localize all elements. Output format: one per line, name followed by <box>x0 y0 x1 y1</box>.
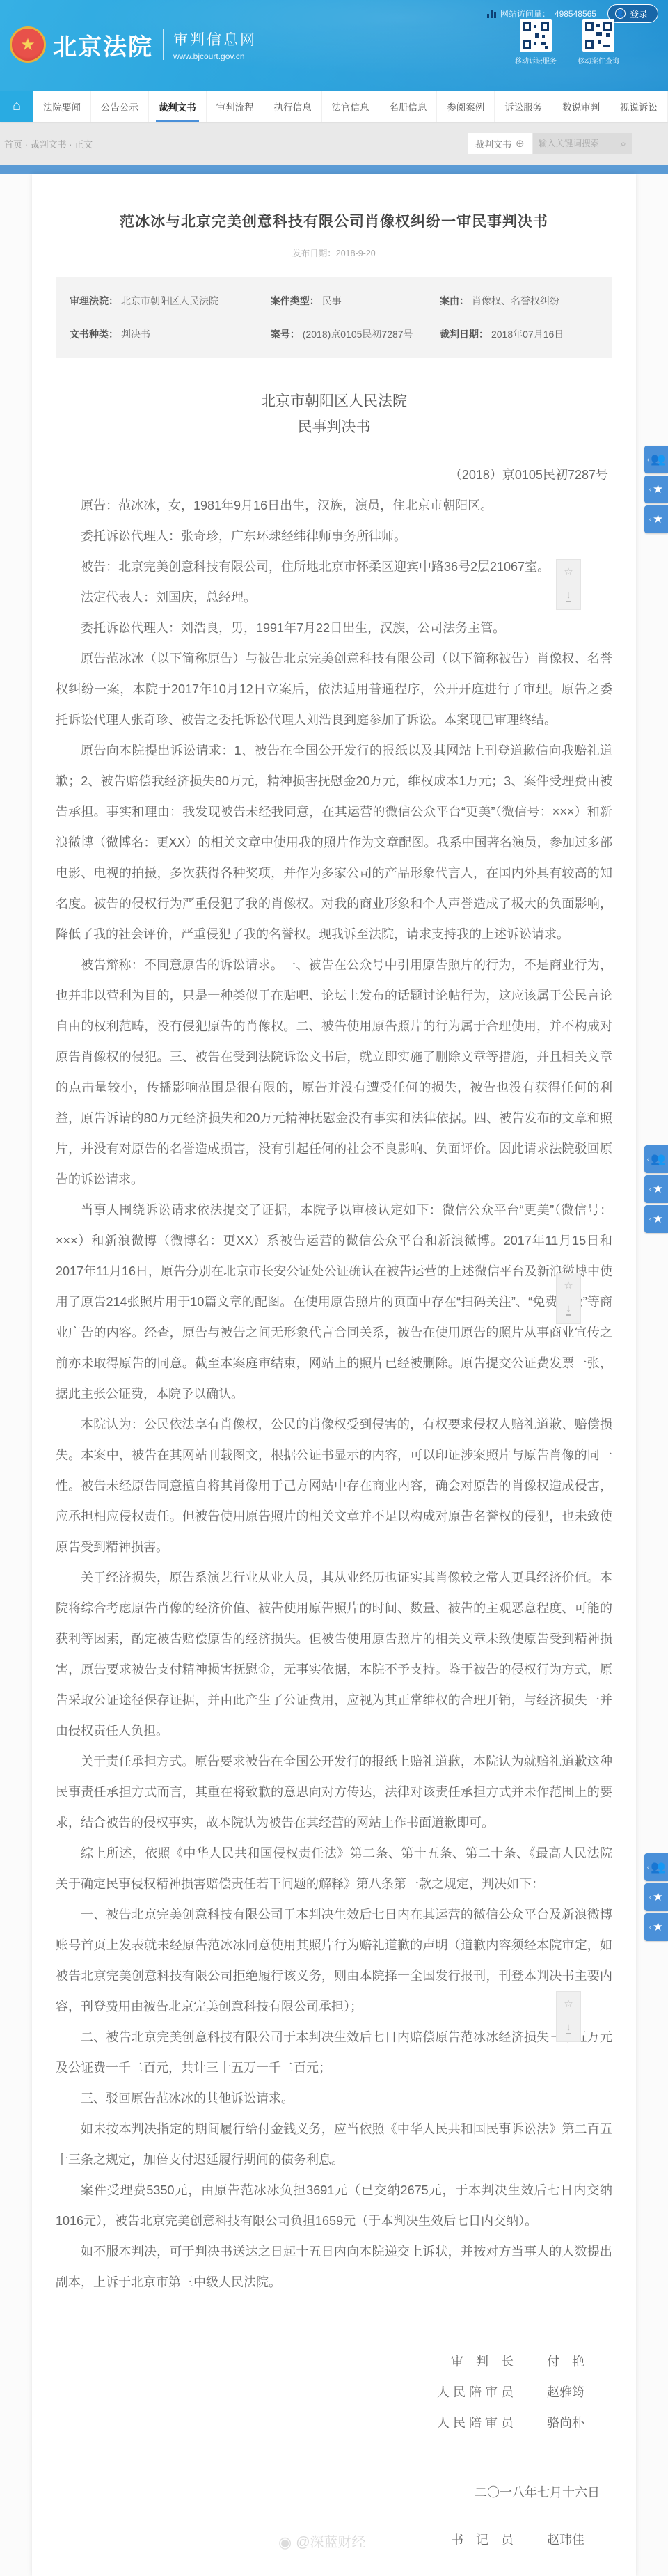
clerk-name: 赵玮佳 <box>547 2524 600 2555</box>
plus-circle-icon: ⊕ <box>516 137 525 150</box>
nav-item-video[interactable]: 视说诉讼 <box>610 91 668 122</box>
paragraph: 原告向本院提出诉讼请求：1、被告在全国公开发行的报纸以及其网站上刊登道歉信向我赔… <box>56 735 612 950</box>
collapse-chevron-icon: ‹ <box>647 1156 649 1163</box>
nav-item-judges[interactable]: 法官信息 <box>322 91 380 122</box>
search-input[interactable] <box>539 139 621 148</box>
nav-item-trial-data[interactable]: 数说审判 <box>552 91 610 122</box>
collapse-chevron-icon: ‹ <box>649 516 651 524</box>
nav-item-reference-cases[interactable]: 参阅案例 <box>437 91 495 122</box>
signature-block: 审 判 长付 艳 人 民 陪 审 员赵雅筠 人 民 陪 审 员骆尚朴 二〇一八年… <box>56 2346 612 2555</box>
paragraph: 如不服本判决，可于判决书送达之日起十五日内向本院递交上诉状，并按对方当事人的人数… <box>56 2236 612 2298</box>
collapse-chevron-icon: ‹ <box>647 1864 649 1871</box>
paragraph: 委托诉讼代理人：刘浩良，男，1991年7月22日出生，汉族，公司法务主管。 <box>56 613 612 643</box>
collapse-chevron-icon: ‹ <box>649 1216 651 1223</box>
paragraph: 一、被告北京完美创意科技有限公司于本判决生效后七日内在其运营的微信公众平台及新浪… <box>56 1899 612 2022</box>
favorite-button[interactable]: ‹★ <box>644 505 668 533</box>
juror-role: 人 民 陪 审 员 <box>437 2377 514 2408</box>
nav-item-news[interactable]: 法院要闻 <box>33 91 91 122</box>
juror-name: 赵雅筠 <box>547 2377 600 2408</box>
weibo-icon: ◉ <box>278 2527 292 2558</box>
download-icon[interactable]: ↓ <box>566 2022 571 2034</box>
site-visits: 网站访问量： 498548565 <box>487 8 596 19</box>
favorite-star-icon[interactable]: ☆ <box>564 567 573 577</box>
watermark: ◉ @深蓝财经 <box>278 2527 366 2558</box>
collapse-chevron-icon: ‹ <box>649 1894 651 1901</box>
breadcrumb: 首页 · 裁判文书 · 正文 <box>4 137 93 150</box>
collapse-chevron-icon: ‹ <box>649 1924 651 1931</box>
judgment-document: 范冰冰与北京完美创意科技有限公司肖像权纠纷一审民事判决书 发布日期：2018-9… <box>32 174 636 2576</box>
court-emblem-logo: ★ <box>10 26 46 63</box>
paragraph: 综上所述，依照《中华人民共和国侵权责任法》第二条、第十五条、第二十条、《最高人民… <box>56 1838 612 1899</box>
page-title: 范冰冰与北京完美创意科技有限公司肖像权纠纷一审民事判决书 <box>56 210 612 231</box>
mini-toolbar: ☆ ↓ <box>556 1991 581 2042</box>
paragraph: 关于经济损失，原告系演艺行业从业人员，其从业经历也证实其肖像较之常人更具经济价值… <box>56 1562 612 1746</box>
people-icon: 👥 <box>651 1152 665 1166</box>
judge-name: 付 艳 <box>547 2346 600 2377</box>
case-meta-table: 审理法院：北京市朝阳区人民法院 案件类型：民事 案由：肖像权、名誉权纠纷 文书种… <box>56 277 612 358</box>
paragraph: 委托诉讼代理人：张奇珍，广东环球经纬律师事务所律师。 <box>56 521 612 551</box>
star-icon: ★ <box>653 1890 663 1904</box>
favorite-button[interactable]: ‹★ <box>644 476 668 503</box>
login-label: 登录 <box>630 7 648 20</box>
qr-code-case-query <box>582 19 614 52</box>
brand-url: www.bjcourt.gov.cn <box>173 52 257 61</box>
watermark-text: @深蓝财经 <box>296 2527 365 2558</box>
breadcrumb-bar: 首页 · 裁判文书 · 正文 裁判文书 ⊕ ⌕ <box>0 122 668 165</box>
divider <box>163 29 164 60</box>
paragraph: 原告：范冰冰，女，1981年9月16日出生，汉族，演员，住北京市朝阳区。 <box>56 490 612 521</box>
juror-role: 人 民 陪 审 员 <box>437 2408 514 2438</box>
document-body: 北京市朝阳区人民法院 民事判决书 （2018）京0105民初7287号 原告：范… <box>56 390 612 2555</box>
favorite-button[interactable]: ‹★ <box>644 1913 668 1941</box>
star-icon: ★ <box>653 1920 663 1934</box>
paragraph: 被告辩称：不同意原告的诉讼请求。一、被告在公众号中引用原告照片的行为，不是商业行… <box>56 950 612 1195</box>
collapse-chevron-icon: ‹ <box>647 456 649 464</box>
clerk-role: 书 记 员 <box>451 2524 514 2555</box>
floating-toolbar: ‹👥 ‹★ ‹★ <box>644 446 668 533</box>
star-icon: ★ <box>653 1212 663 1226</box>
juror-name: 骆尚朴 <box>547 2408 600 2438</box>
paragraph: 关于责任承担方式。原告要求被告在全国公开发行的报纸上赔礼道歉，本院认为就赔礼道歉… <box>56 1746 612 1838</box>
paragraph: 本院认为：公民依法享有肖像权，公民的肖像权受到侵害的，有权要求侵权人赔礼道歉、赔… <box>56 1409 612 1562</box>
star-icon: ★ <box>653 1182 663 1196</box>
litigant-contact-button[interactable]: ‹👥 <box>644 1145 668 1173</box>
download-icon[interactable]: ↓ <box>566 1303 571 1316</box>
collapse-chevron-icon: ‹ <box>649 1186 651 1193</box>
nav-item-enforcement[interactable]: 执行信息 <box>264 91 322 122</box>
search-icon[interactable]: ⌕ <box>621 138 626 150</box>
paragraph: 当事人围绕诉讼请求依法提交了证据，本院予以审核认定如下：微信公众平台“更美”（微… <box>56 1195 612 1409</box>
collapse-chevron-icon: ‹ <box>649 486 651 494</box>
main-nav: ⌂ 法院要闻 公告公示 裁判文书 审判流程 执行信息 法官信息 名册信息 参阅案… <box>0 91 668 122</box>
visits-label: 网站访问量： <box>500 8 550 19</box>
favorite-button[interactable]: ‹★ <box>644 1883 668 1911</box>
favorite-button[interactable]: ‹★ <box>644 1175 668 1203</box>
case-number: （2018）京0105民初7287号 <box>56 460 612 490</box>
court-name: 北京市朝阳区人民法院 <box>56 390 612 414</box>
mini-toolbar: ☆ ↓ <box>556 559 581 610</box>
paragraph: 法定代表人：刘国庆，总经理。 <box>56 582 612 613</box>
paragraph: 原告范冰冰（以下简称原告）与被告北京完美创意科技有限公司（以下简称被告）肖像权、… <box>56 643 612 735</box>
nav-item-announcements[interactable]: 公告公示 <box>91 91 149 122</box>
nav-item-judgments[interactable]: 裁判文书 <box>149 91 207 122</box>
litigant-contact-button[interactable]: ‹👥 <box>644 1853 668 1881</box>
qr-left-label: 移动诉讼服务 <box>515 55 557 65</box>
star-icon: ★ <box>653 482 663 496</box>
paragraph: 被告：北京完美创意科技有限公司，住所地北京市怀柔区迎宾中路36号2层21067室… <box>56 551 612 582</box>
paragraph: 二、被告北京完美创意科技有限公司于本判决生效后七日内赔偿原告范冰冰经济损失三十五… <box>56 2022 612 2083</box>
search-category-selector[interactable]: 裁判文书 ⊕ <box>468 133 532 154</box>
download-icon[interactable]: ↓ <box>566 590 571 602</box>
user-icon: 👤 <box>615 8 626 19</box>
qr-code-litigation <box>520 19 552 52</box>
bar-chart-icon <box>487 10 496 18</box>
judgment-date: 二〇一八年七月十六日 <box>56 2477 612 2508</box>
visits-value: 498548565 <box>555 9 596 19</box>
favorite-star-icon[interactable]: ☆ <box>564 1999 573 2009</box>
search-box: 裁判文书 ⊕ ⌕ <box>468 133 632 154</box>
home-icon: ⌂ <box>13 98 21 114</box>
home-button[interactable]: ⌂ <box>0 91 33 122</box>
floating-toolbar: ‹👥 ‹★ ‹★ <box>644 1853 668 1941</box>
content-top-strip <box>0 165 668 174</box>
people-icon: 👥 <box>651 453 665 466</box>
brand-title: 北京法院 <box>53 28 153 62</box>
star-icon: ★ <box>653 512 663 526</box>
site-header: 网站访问量： 498548565 👤 登录 ★ 北京法院 审判信息网 www.b… <box>0 0 668 91</box>
favorite-button[interactable]: ‹★ <box>644 1205 668 1233</box>
paragraph: 案件受理费5350元，由原告范冰冰负担3691元（已交纳2675元，于本判决生效… <box>56 2175 612 2236</box>
favorite-star-icon[interactable]: ☆ <box>564 1280 573 1291</box>
judge-role: 审 判 长 <box>451 2346 514 2377</box>
paragraph: 如未按本判决指定的期间履行给付金钱义务，应当依照《中华人民共和国民事诉讼法》第二… <box>56 2114 612 2175</box>
floating-toolbar: ‹👥 ‹★ ‹★ <box>644 1145 668 1233</box>
mini-toolbar: ☆ ↓ <box>556 1273 581 1324</box>
paragraph: 三、驳回原告范冰冰的其他诉讼请求。 <box>56 2083 612 2114</box>
brand-subtitle: 审判信息网 <box>173 29 257 49</box>
nav-item-trial-process[interactable]: 审判流程 <box>207 91 264 122</box>
document-type: 民事判决书 <box>56 414 612 441</box>
people-icon: 👥 <box>651 1860 665 1874</box>
qr-right-label: 移动案件查询 <box>578 55 619 65</box>
litigant-contact-button[interactable]: ‹👥 <box>644 446 668 473</box>
nav-item-roster[interactable]: 名册信息 <box>379 91 437 122</box>
publish-date: 发布日期：2018-9-20 <box>56 246 612 259</box>
nav-item-litigation-services[interactable]: 诉讼服务 <box>495 91 552 122</box>
